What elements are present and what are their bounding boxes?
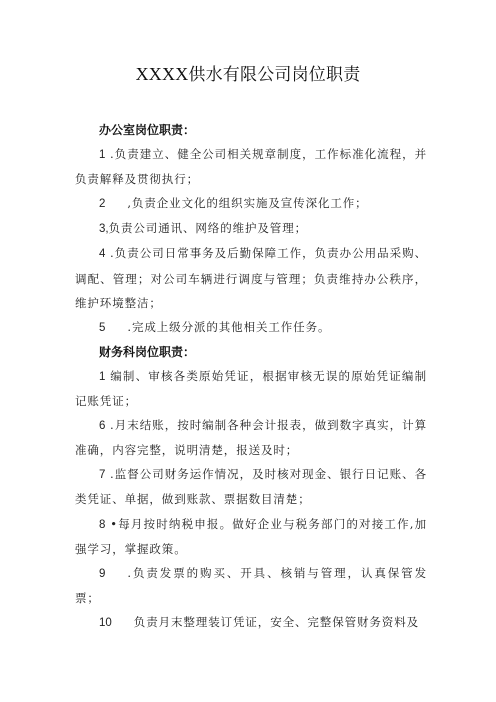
item-separator: .	[105, 246, 114, 260]
item-number: 10	[99, 617, 112, 629]
item-text: 负责企业文化的组织实施及宣传深化工作；	[132, 196, 368, 210]
office-duty-2: 2,负责企业文化的组织实施及宣传深化工作；	[75, 191, 427, 216]
finance-duty-7: 7 .监督公司财务运作情况，及时核对现金、银行日记账、各类凭证、单据，做到账款、…	[75, 462, 427, 511]
item-separator: .	[105, 147, 114, 161]
title-text: 供水有限公司岗位职责	[188, 65, 360, 85]
item-text: 月末结账，按时编制各种会计报表，做到数字真实，计算准确，内容完整，说明清楚，报送…	[75, 418, 427, 457]
section-heading-office: 办公室岗位职责：	[75, 118, 427, 142]
item-number: 5	[99, 322, 105, 334]
item-text: 负责公司日常事务及后勤保障工作，负责办公用品采购、调配、管理；对公司车辆进行调度…	[75, 246, 427, 309]
item-number: 3,	[99, 223, 109, 235]
finance-duty-6: 6 .月末结账，按时编制各种会计报表，做到数字真实，计算准确，内容完整，说明清楚…	[75, 413, 427, 462]
finance-duty-1: 1 编制、审核各类原始凭证，根据审核无误的原始凭证编制记账凭证；	[75, 364, 427, 413]
section-heading-finance: 财务科岗位职责：	[75, 340, 427, 364]
item-text: 负责月末整理装订凭证，安全、完整保管财务资料及	[134, 615, 419, 629]
office-duty-1: 1 .负责建立、健全公司相关规章制度，工作标准化流程，并负责解释及贯彻执行；	[75, 142, 427, 191]
item-text: 每月按时纳税申报。做好企业与税务部门的对接工作,加强学习，掌握政策。	[75, 517, 427, 556]
document-title: XXXX供水有限公司岗位职责	[0, 63, 496, 86]
item-number: 2	[99, 198, 105, 210]
item-separator: •	[105, 517, 118, 531]
office-duty-4: 4 .负责公司日常事务及后勤保障工作，负责办公用品采购、调配、管理；对公司车辆进…	[75, 241, 427, 314]
finance-duty-9: 9.负责发票的购买、开具、核销与管理，认真保管发票；	[75, 561, 427, 610]
title-company-placeholder: XXXX	[136, 64, 189, 84]
item-separator: .	[105, 467, 114, 481]
item-text: 负责公司通讯、网络的维护及管理；	[109, 221, 307, 235]
item-text: 监督公司财务运作情况，及时核对现金、银行日记账、各类凭证、单据，做到账款、票据数…	[75, 467, 427, 506]
item-text: 完成上级分派的其他相关工作任务。	[132, 320, 330, 334]
finance-duty-10: 10负责月末整理装订凭证，安全、完整保管财务资料及	[75, 610, 427, 635]
item-number: 9	[99, 568, 105, 580]
finance-duty-8: 8 •每月按时纳税申报。做好企业与税务部门的对接工作,加强学习，掌握政策。	[75, 512, 427, 561]
document-body: 办公室岗位职责： 1 .负责建立、健全公司相关规章制度，工作标准化流程，并负责解…	[75, 118, 427, 635]
office-duty-3: 3,负责公司通讯、网络的维护及管理；	[75, 216, 427, 241]
office-duty-5: 5.完成上级分派的其他相关工作任务。	[75, 315, 427, 340]
item-separator: .	[105, 418, 114, 432]
item-text: 负责建立、健全公司相关规章制度，工作标准化流程，并负责解释及贯彻执行；	[75, 147, 427, 186]
document-page: XXXX供水有限公司岗位职责 办公室岗位职责： 1 .负责建立、健全公司相关规章…	[0, 0, 496, 702]
item-text: 编制、审核各类原始凭证，根据审核无误的原始凭证编制记账凭证；	[75, 369, 427, 408]
